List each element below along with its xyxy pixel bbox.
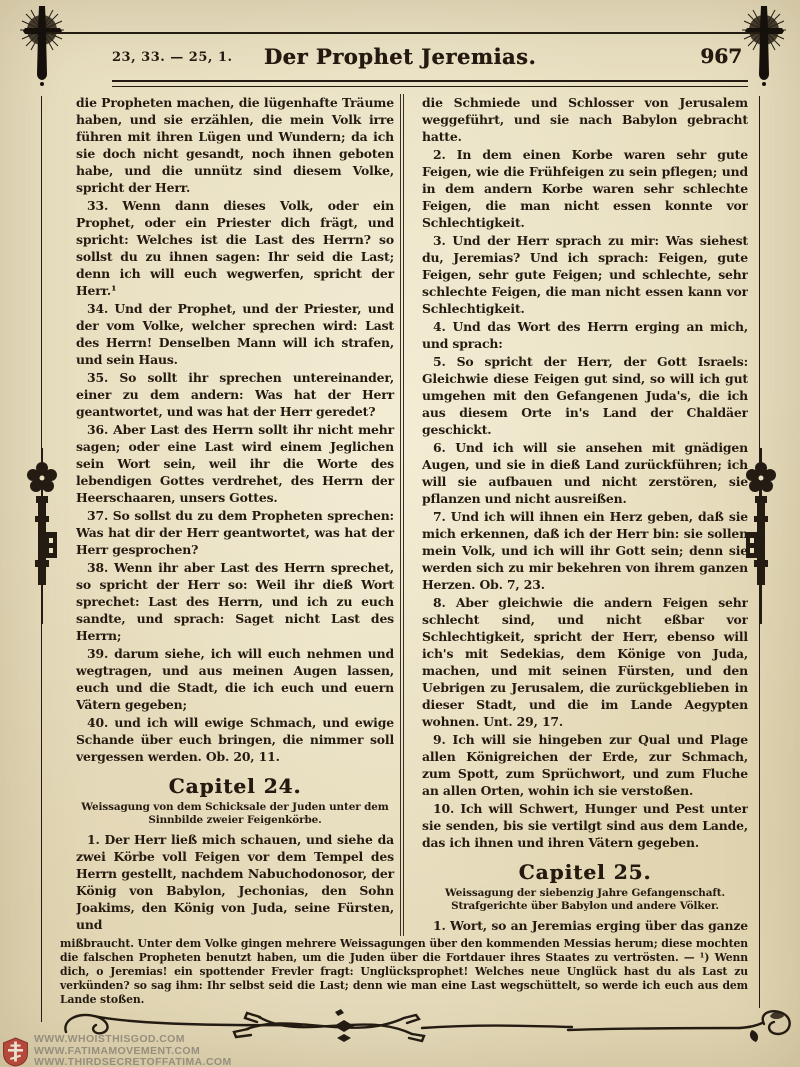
key-ornament-icon (25, 448, 59, 624)
verse-paragraph: die Propheten machen, die lügenhafte Trä… (76, 94, 394, 196)
chapter-24-heading: Capitel 24. (76, 774, 394, 798)
verse-paragraph: 39. darum siehe, ich will euch nehmen un… (76, 645, 394, 713)
key-ornament-icon (744, 448, 778, 624)
verse-paragraph: 40. und ich will ewige Schmach, und ewig… (76, 714, 394, 765)
watermark-block: WWW.WHOISTHISGOD.COM WWW.FATIMAMOVEMENT.… (2, 1033, 232, 1067)
verse-paragraph: 10. Ich will Schwert, Hunger und Pest un… (422, 800, 748, 851)
verse-paragraph: 6. Und ich will sie ansehen mit gnädigen… (422, 439, 748, 507)
verse-paragraph: 2. In dem einen Korbe waren sehr gute Fe… (422, 146, 748, 231)
verse-paragraph: 1. Der Herr ließ mich schauen, und siehe… (76, 831, 394, 933)
footnote-text: mißbraucht. Unter dem Volke gingen mehre… (60, 937, 748, 1007)
top-border-rule (46, 32, 760, 34)
verse-paragraph: 4. Und das Wort des Herrn erging an mich… (422, 318, 748, 352)
verse-paragraph: 5. So spricht der Herr, der Gott Israels… (422, 353, 748, 438)
header-divider-rule (112, 80, 748, 87)
page-title: Der Prophet Jeremias. (0, 44, 800, 69)
right-column: die Schmiede und Schlosser von Jerusalem… (422, 94, 748, 936)
watermark-url-1: WWW.WHOISTHISGOD.COM (34, 1034, 232, 1046)
left-column: die Propheten machen, die lügenhafte Trä… (76, 94, 394, 936)
verse-paragraph: die Schmiede und Schlosser von Jerusalem… (422, 94, 748, 145)
scanned-bible-page: 23, 33. — 25, 1. Der Prophet Jeremias. 9… (0, 0, 800, 1067)
scripture-columns: die Propheten machen, die lügenhafte Trä… (76, 94, 748, 936)
chapter-24-subtitle: Weissagung von dem Schicksale der Juden … (80, 801, 390, 826)
watermark-urls: WWW.WHOISTHISGOD.COM WWW.FATIMAMOVEMENT.… (34, 1033, 232, 1067)
verse-paragraph: 33. Wenn dann dieses Volk, oder ein Prop… (76, 197, 394, 299)
verse-paragraph: 35. So sollt ihr sprechen untereinander,… (76, 369, 394, 420)
watermark-url-3: WWW.THIRDSECRETOFFATIMA.COM (34, 1057, 232, 1067)
red-shield-cross-logo-icon (2, 1037, 29, 1067)
verse-paragraph: 38. Wenn ihr aber Last des Herrn spreche… (76, 559, 394, 644)
column-divider-rule (400, 94, 404, 936)
verse-paragraph: 1. Wort, so an Jeremias erging über das … (422, 917, 748, 936)
verse-paragraph: 37. So sollst du zu dem Propheten sprech… (76, 507, 394, 558)
verse-paragraph: 7. Und ich will ihnen ein Herz geben, da… (422, 508, 748, 593)
verse-paragraph: 34. Und der Prophet, und der Priester, u… (76, 300, 394, 368)
verse-paragraph: 9. Ich will sie hingeben zur Qual und Pl… (422, 731, 748, 799)
chapter-25-subtitle: Weissagung der siebenzig Jahre Gefangens… (426, 887, 744, 912)
verse-paragraph: 8. Aber gleichwie die andern Feigen sehr… (422, 594, 748, 730)
verse-paragraph: 36. Aber Last des Herrn sollt ihr nicht … (76, 421, 394, 506)
chapter-25-heading: Capitel 25. (422, 860, 748, 884)
page-number: 967 (700, 44, 742, 68)
verse-paragraph: 3. Und der Herr sprach zu mir: Was siehe… (422, 232, 748, 317)
